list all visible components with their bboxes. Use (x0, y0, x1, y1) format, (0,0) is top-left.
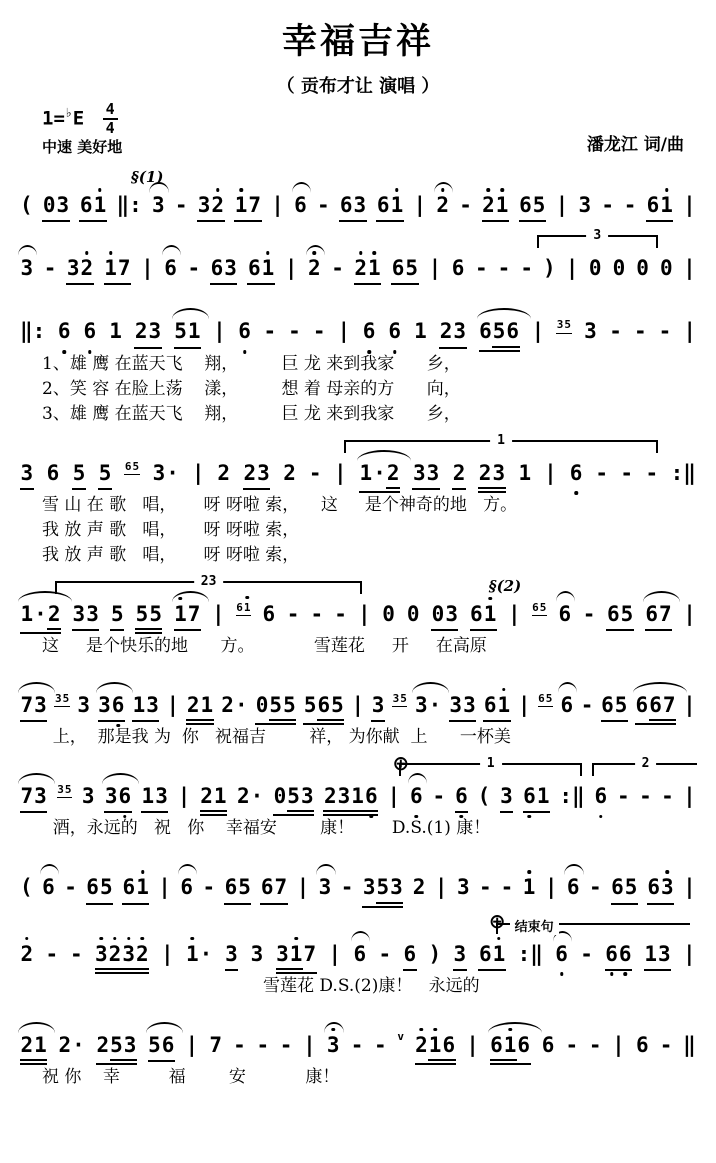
grace-note: 35 (392, 692, 407, 707)
note-digit: 5 (624, 875, 638, 900)
duration-dash: - (187, 256, 200, 281)
note-digit: 6 (124, 460, 132, 473)
note-digit: 0 (255, 693, 269, 718)
note-digits: 21 (482, 193, 509, 222)
bracket-label: 3 (586, 228, 608, 243)
note-digit: 5 (269, 693, 283, 718)
note-digit: 1 (109, 319, 123, 344)
note-digits: 1·2 (20, 602, 61, 634)
note-digit: 2 (386, 461, 400, 486)
duration-dash: - (609, 319, 622, 344)
note-digit: 5 (564, 318, 572, 331)
note-token: 23 (134, 319, 161, 348)
note-digits: 65 (224, 875, 251, 904)
note-digit: · (199, 942, 213, 967)
note-token: 61 (523, 784, 550, 813)
note-digit: 3 (300, 784, 314, 809)
grace-note: 65 (124, 460, 139, 475)
note-token: 33 (412, 461, 439, 490)
note-digit: 3 (20, 461, 34, 486)
note-digit: 0 (636, 256, 650, 281)
note-token: 6 (362, 319, 376, 344)
note-digit: · (72, 1033, 86, 1058)
note-digit: 6 (111, 693, 125, 718)
note-digits: 61 (483, 693, 510, 722)
note-digit: 1 (536, 784, 550, 809)
beam-subgroup: 31 (276, 942, 303, 970)
note-token: 2 (308, 256, 322, 281)
note-digit: 1 (414, 319, 428, 344)
note-digits: 0 (612, 256, 626, 281)
note-digits: 23 (478, 461, 505, 493)
note-token: 23 (243, 461, 270, 490)
slur-icon (102, 773, 139, 784)
note-digits: 32 (66, 256, 93, 285)
beam-subgroup: 21 (200, 784, 227, 812)
note-digit: 6 (83, 319, 97, 344)
duration-dash: - (288, 319, 301, 344)
note-digits: 67 (260, 875, 287, 904)
note-token: 6 (594, 784, 608, 809)
note-digits: 5 (110, 602, 124, 631)
slur-icon (412, 682, 449, 693)
note-token: 17 (234, 193, 261, 222)
beam-subgroup: 16 (428, 1033, 455, 1061)
note-token: 6 (403, 942, 417, 971)
beam-subgroup: 23 (478, 461, 505, 489)
grace-note: 65 (532, 601, 547, 616)
lyric-line: 1、雄 鹰 在蓝天飞 翔， 巨 龙 来到我家 乡， (20, 352, 696, 377)
beam-subgroup: 21 (186, 693, 213, 721)
beam-subgroup: 53 (287, 784, 314, 812)
note-digits: 55 (135, 602, 162, 634)
note-digits: 65 (86, 875, 113, 904)
barline: | (358, 602, 371, 627)
note-token: 1 (522, 875, 536, 900)
note-digit: 6 (523, 784, 537, 809)
note-digits: 03 (431, 602, 458, 631)
note-token: 2· (221, 693, 248, 718)
duration-dash: - (520, 256, 533, 281)
note-digit: 3 (225, 942, 239, 967)
note-digits: 1· (185, 942, 212, 967)
lyric-line: 这 是个快乐的地 方。 雪莲花 开 在高原 (20, 634, 696, 659)
note-token: 3 (250, 942, 264, 967)
note-digit: 0 (382, 602, 396, 627)
note-digit: 0 (406, 602, 420, 627)
duration-dash: - (646, 461, 659, 486)
note-token: 21 (200, 784, 227, 816)
slur-icon (18, 245, 37, 256)
note-token: 73 (20, 784, 47, 813)
note-digits: 1 (414, 319, 428, 344)
music-line-8: (6-6561|6-6567|3-3532|3--1|6-6563| (14, 850, 702, 907)
note-digit: 2 (436, 193, 450, 218)
grace-note: 35 (556, 318, 571, 333)
slur-icon (564, 864, 583, 875)
note-digit: 6 (118, 784, 132, 809)
note-digit: 6 (442, 1033, 456, 1058)
note-digits: 3 (20, 256, 34, 281)
note-digit: 0 (612, 256, 626, 281)
note-digit: 6 (558, 602, 572, 627)
note-digit: 2 (20, 942, 34, 967)
duration-dash: - (351, 1033, 364, 1058)
barline: | (192, 461, 205, 486)
note-digit: 1 (289, 942, 303, 967)
volta-label: 1 (480, 756, 502, 771)
note-digits: 3 (20, 461, 34, 490)
music-line-10: 212·25356|7---|3--v216|6166--|6-‖祝 你 幸 福… (14, 1008, 702, 1090)
note-digit: 7 (117, 256, 131, 281)
note-digit: 6 (618, 942, 632, 967)
duration-dash: - (317, 193, 330, 218)
note-digit: 3 (54, 692, 62, 705)
note-digits: 17 (104, 256, 131, 285)
note-digits: 667 (635, 693, 676, 725)
note-digits: 65 (538, 692, 553, 707)
beam-subgroup: 3232 (95, 942, 150, 970)
beam-subgroup: 55 (135, 602, 162, 630)
note-digit: 5 (539, 601, 547, 614)
note-token: 61 (470, 602, 497, 631)
note-token: 3 (77, 693, 91, 718)
lyric-line: 我 放 声 歌 唱， 呀 呀啦 索， (20, 518, 696, 543)
note-digits: 23 (439, 319, 466, 348)
note-digits: 3 (77, 693, 91, 718)
note-digits: 3 (326, 1033, 340, 1058)
note-digit: 3 (250, 942, 264, 967)
note-digit: 5 (545, 692, 553, 705)
note-digit: 1 (644, 942, 658, 967)
note-digit: 3 (34, 693, 48, 718)
note-digits: 73 (20, 693, 47, 722)
note-token: 6 (566, 875, 580, 900)
slur-icon (40, 864, 59, 875)
note-digits: 61 (122, 875, 149, 904)
note-token: 51 (174, 319, 201, 348)
note-digits: 6 (569, 461, 583, 486)
note-token: 65 (519, 193, 546, 222)
note-digit: 6 (566, 875, 580, 900)
key-letter: E (73, 108, 84, 130)
note-digit: 2 (243, 461, 257, 486)
note-digit: 3 (20, 256, 34, 281)
note-digit: 5 (331, 693, 345, 718)
note-digit: 6 (455, 784, 469, 809)
duration-dash: - (280, 1033, 293, 1058)
note-digit: 6 (46, 461, 60, 486)
note-digits: 65 (519, 193, 546, 222)
note-digit: 3 (104, 784, 118, 809)
duration-dash: - (310, 602, 323, 627)
note-digit: 2 (478, 461, 492, 486)
music-line-4: 13655653·|2232-|1·2332231|6---:‖雪 山 在 歌 … (14, 436, 702, 568)
note-digit: · (250, 784, 264, 809)
note-digit: 6 (606, 602, 620, 627)
note-token: 0 (588, 256, 602, 281)
note-token: 6 (558, 602, 572, 627)
note-digit: 6 (57, 319, 71, 344)
duration-dash: - (589, 875, 602, 900)
note-token: 216 (415, 1033, 456, 1065)
parenthesis: ) (543, 256, 556, 281)
note-digit: 6 (410, 784, 424, 809)
notation-row: 2--3232|1·33317|6-6)361:‖6-6613| (20, 942, 696, 974)
note-digit: 5 (72, 461, 86, 486)
ending-phrase-label: 结束句 (510, 916, 559, 935)
note-digit: 5 (532, 193, 546, 218)
note-digit: 7 (209, 1033, 223, 1058)
note-digit: 3 (371, 693, 385, 718)
duration-dash: - (44, 256, 57, 281)
note-token: 3 (456, 875, 470, 900)
note-digit: 3 (426, 461, 440, 486)
note-digit: 3 (72, 602, 86, 627)
barline: | (141, 256, 154, 281)
note-token: 6 (42, 875, 56, 900)
note-digits: 35 (556, 318, 571, 333)
barline: | (544, 461, 557, 486)
notation-row: (0361‖:3-3217|6-6361|2-2165|3--61| (20, 193, 696, 222)
note-digits: 56 (148, 1033, 175, 1062)
lyric-line: 我 放 声 歌 唱， 呀 呀啦 索， (20, 543, 696, 568)
note-digits: 35 (54, 692, 69, 707)
note-digits: 13 (132, 693, 159, 722)
barline: | (271, 193, 284, 218)
note-token: 6 (555, 942, 569, 967)
note-token: 3 (81, 784, 95, 809)
slur-icon (18, 1022, 55, 1033)
note-token: 2· (236, 784, 263, 809)
note-digit: 6 (478, 942, 492, 967)
note-token: 3· (152, 461, 179, 486)
note-digits: 66 (605, 942, 632, 971)
note-digit: 1 (368, 256, 382, 281)
note-digit: 2 (58, 1033, 72, 1058)
barline: | (435, 875, 448, 900)
note-token: 2· (58, 1033, 85, 1058)
beam-subgroup: 53 (110, 1033, 137, 1061)
note-token: 2316 (323, 784, 378, 816)
note-digit: 5 (135, 602, 149, 627)
note-digits: 61 (470, 602, 497, 631)
note-digits: 0 (588, 256, 602, 281)
note-digits: 2 (436, 193, 450, 218)
note-token: 6 (57, 319, 71, 344)
barline: | (178, 784, 191, 809)
volta-bracket-1: 1 (344, 440, 658, 453)
note-digits: 3· (152, 461, 179, 486)
note-digit: 6 (236, 601, 244, 614)
duration-dash: - (331, 256, 344, 281)
note-token: 61 (247, 256, 274, 285)
note-digit: 3 (318, 875, 332, 900)
note-digit: 5 (132, 460, 140, 473)
note-token: 656 (479, 319, 520, 351)
barline: | (328, 942, 341, 967)
note-token: 61 (376, 193, 403, 222)
note-digit: 6 (646, 193, 660, 218)
note-token: 56 (148, 1033, 175, 1062)
note-digit: 7 (248, 193, 262, 218)
note-digit: 5 (62, 692, 70, 705)
note-token: 2 (452, 461, 466, 490)
note-token: 23 (478, 461, 505, 493)
duration-dash: - (374, 1033, 387, 1058)
note-token: 0 (636, 256, 650, 281)
note-token: 61 (79, 193, 106, 222)
note-digits: 053 (273, 784, 314, 816)
parenthesis: ( (478, 784, 491, 809)
barline: | (161, 942, 174, 967)
barline: ‖ (683, 1033, 696, 1058)
note-digits: 65 (606, 602, 633, 631)
note-digit: 6 (391, 256, 405, 281)
note-digit: 6 (210, 256, 224, 281)
note-digit: 1 (261, 256, 275, 281)
note-digit: 1 (104, 256, 118, 281)
note-digit: 1 (660, 193, 674, 218)
note-digit: 6 (224, 875, 238, 900)
duration-dash: - (46, 942, 59, 967)
note-digits: 2 (308, 256, 322, 281)
note-digit: 6 (647, 875, 661, 900)
note-digits: 33 (412, 461, 439, 490)
duration-dash: - (659, 319, 672, 344)
note-digit: 1 (136, 875, 150, 900)
note-digits: 36 (98, 693, 125, 722)
note-digit: 3 (146, 693, 160, 718)
note-digit: 1 (518, 461, 532, 486)
duration-dash: - (581, 693, 594, 718)
music-line-2: 33-3217|6-6361|2-2165|6---)|0000| (14, 231, 702, 285)
notation-row: 733533613|212·055565|3353·3361|656-65667… (20, 693, 696, 725)
duration-dash: - (475, 256, 488, 281)
note-digits: 23 (243, 461, 270, 490)
note-token: 6 (455, 784, 469, 813)
note-digits: 1 (518, 461, 532, 486)
note-digit: 6 (388, 319, 402, 344)
note-digits: 0 (659, 256, 673, 281)
note-digits: 23 (134, 319, 161, 348)
note-digits: 5 (98, 461, 112, 490)
note-digits: 3 (578, 193, 592, 218)
note-token: 63 (210, 256, 237, 285)
note-token: 667 (635, 693, 676, 725)
beam-subgroup: 2 (47, 602, 61, 630)
note-digits: 0 (406, 602, 420, 627)
beam-subgroup: 2 (386, 461, 400, 489)
note-digit: 3 (122, 942, 136, 967)
barline: | (545, 875, 558, 900)
note-digit: 2 (452, 461, 466, 486)
note-digit: 6 (364, 784, 378, 809)
note-token: 32 (197, 193, 224, 222)
note-digit: 5 (400, 692, 408, 705)
note-digit: 3 (224, 256, 238, 281)
note-digits: 61 (79, 193, 106, 222)
note-digit: 2 (415, 1033, 429, 1058)
lyric-line: 2、笑 容 在脸上荡 漾， 想 着 母亲的方 向， (20, 377, 696, 402)
note-token: 2 (20, 942, 34, 967)
volta-label: 2 (635, 756, 657, 771)
breath-mark: v (397, 1030, 404, 1043)
note-digit: 1 (492, 942, 506, 967)
note-digit: 6 (645, 602, 659, 627)
note-digits: 6 (403, 942, 417, 971)
note-token: 0 (382, 602, 396, 627)
note-token: 5 (110, 602, 124, 631)
notation-row: 3-3217|6-6361|2-2165|6---)|0000| (20, 256, 696, 285)
barline: | (158, 875, 171, 900)
note-digit: 5 (64, 783, 72, 796)
note-digit: 3 (556, 318, 564, 331)
note-digit: 6 (611, 875, 625, 900)
note-digit: 6 (403, 942, 417, 967)
duration-dash: - (661, 784, 674, 809)
note-digit: 5 (283, 693, 297, 718)
barline: :‖ (671, 461, 696, 486)
note-digit: 2 (221, 693, 235, 718)
note-token: 3 (20, 256, 34, 281)
note-token: 21 (354, 256, 381, 285)
lyric-line: 3、雄 鹰 在蓝天飞 翔， 巨 龙 来到我家 乡， (20, 402, 696, 427)
note-digits: 565 (303, 693, 344, 725)
note-digit: 1 (187, 319, 201, 344)
note-digit: 6 (538, 692, 546, 705)
note-digit: 3 (86, 602, 100, 627)
performer-line: （ 贡布才让 演唱 ） (0, 72, 716, 98)
note-digit: 2 (308, 256, 322, 281)
note-digit: 2 (323, 784, 337, 809)
note-token: 6 (262, 602, 276, 627)
note-token: 2 (436, 193, 450, 218)
grace-note: 61 (236, 601, 251, 616)
note-token: 353 (362, 875, 403, 907)
note-digits: 6 (555, 942, 569, 967)
lyric-line: 酒，永远的 祝 你 幸福安 康！ D.S.(1) 康！ (20, 816, 696, 841)
note-digits: 36 (104, 784, 131, 813)
note-digit: 3 (456, 875, 470, 900)
slur-icon (292, 182, 311, 193)
music-line-3: ‖:6612351|6---|66123656|353---|1、雄 鹰 在蓝天… (14, 294, 702, 426)
duration-dash: - (341, 875, 354, 900)
note-digits: 2· (221, 693, 248, 718)
note-digits: 33 (449, 693, 476, 722)
note-digit: 3 (81, 784, 95, 809)
note-digit: 3 (56, 193, 70, 218)
time-signature: 4 4 (103, 102, 118, 136)
note-token: 33 (72, 602, 99, 631)
note-digits: 6 (558, 602, 572, 627)
note-digit: 0 (431, 602, 445, 627)
note-digits: 2 (20, 942, 34, 967)
note-digit: 2 (482, 193, 496, 218)
barline: | (683, 193, 696, 218)
note-digit: 2 (20, 1033, 34, 1058)
note-token: 23 (439, 319, 466, 348)
note-token: 17 (174, 602, 201, 631)
note-digit: 1 (497, 693, 511, 718)
note-digits: 2 (412, 875, 426, 900)
barline: | (683, 319, 696, 344)
duration-dash: - (378, 942, 391, 967)
note-token: 5 (72, 461, 86, 490)
note-digits: 6 (180, 875, 194, 900)
music-line-5: 23§(2)1·23355517|616---|000361|656-6567|… (14, 577, 702, 659)
note-digits: 6 (42, 875, 56, 900)
